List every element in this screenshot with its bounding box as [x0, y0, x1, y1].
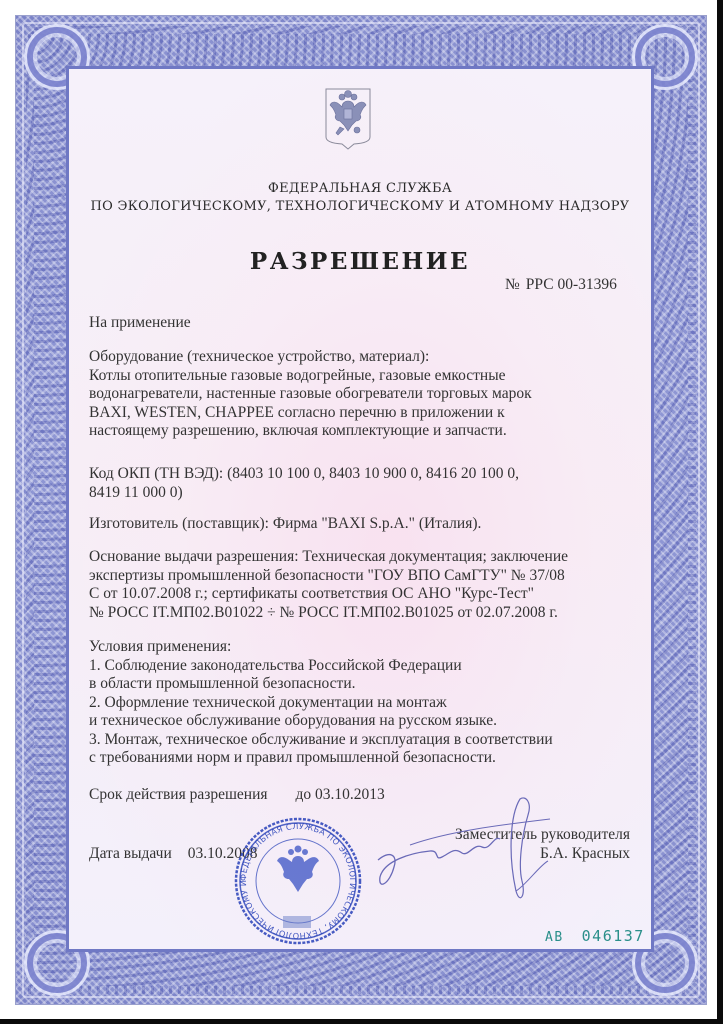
okp-code-section: Код ОКП (ТН ВЭД): (8403 10 100 0, 8403 1… — [89, 465, 519, 502]
serial-series: АВ — [545, 930, 564, 945]
basis-line: С от 10.07.2008 г.; сертификаты соответс… — [89, 585, 568, 604]
conditions-section: Условия применения: 1. Соблюдение законо… — [89, 638, 553, 768]
validity-label: Срок действия разрешения — [89, 786, 268, 803]
equipment-line: водонагреватели, настенные газовые обогр… — [89, 385, 532, 404]
agency-name-line1: ФЕДЕРАЛЬНАЯ СЛУЖБА — [69, 181, 651, 196]
conditions-label: Условия применения: — [89, 638, 553, 657]
basis-line: Основание выдачи разрешения: Техническая… — [89, 548, 568, 567]
purpose-label: На применение — [89, 314, 191, 333]
signature-icon — [370, 795, 560, 915]
manufacturer: Изготовитель (поставщик): Фирма "BAXI S.… — [89, 515, 481, 534]
equipment-line: настоящему разрешению, включая комплекту… — [89, 422, 532, 441]
condition-line: 2. Оформление технической документации н… — [89, 694, 553, 713]
scan-edge — [717, 0, 723, 1024]
condition-line: 3. Монтаж, техническое обслуживание и эк… — [89, 731, 553, 750]
basis-line: экспертизы промышленной безопасности "ГО… — [89, 567, 568, 586]
agency-name-line2: ПО ЭКОЛОГИЧЕСКОМУ, ТЕХНОЛОГИЧЕСКОМУ И АТ… — [69, 199, 651, 214]
official-seal-icon: ФЕДЕРАЛЬНАЯ СЛУЖБА ПО ЭКОЛОГИЧЕСКОМУ, ТЕ… — [233, 816, 363, 946]
serial-value: 046137 — [582, 927, 645, 945]
document-title: РАЗРЕШЕНИЕ — [69, 248, 651, 275]
validity-row: Срок действия разрешениядо 03.10.2013 — [89, 786, 385, 805]
condition-line: в области промышленной безопасности. — [89, 675, 553, 694]
basis-line: № РОСС IT.МП02.В01022 ÷ № РОСС IT.МП02.В… — [89, 604, 568, 623]
russian-coat-of-arms-icon — [324, 87, 372, 151]
condition-line: 1. Соблюдение законодательства Российско… — [89, 657, 553, 676]
serial-number: АВ046137 — [545, 927, 645, 945]
condition-line: с требованиями норм и правил промышленно… — [89, 749, 553, 768]
document-number: №РРС 00-31396 — [505, 276, 617, 294]
scan-edge — [0, 1019, 723, 1024]
number-sign: № — [505, 276, 520, 293]
condition-line: и техническое обслуживание оборудования … — [89, 712, 553, 731]
equipment-label: Оборудование (техническое устройство, ма… — [89, 348, 532, 367]
document-number-value: РРС 00-31396 — [526, 276, 617, 293]
equipment-section: Оборудование (техническое устройство, ма… — [89, 348, 532, 441]
okp-code-line: Код ОКП (ТН ВЭД): (8403 10 100 0, 8403 1… — [89, 465, 519, 484]
equipment-line: Котлы отопительные газовые водогрейные, … — [89, 367, 532, 386]
basis-section: Основание выдачи разрешения: Техническая… — [89, 548, 568, 622]
equipment-line: BAXI, WESTEN, CHAPPEE согласно перечню в… — [89, 404, 532, 423]
issue-date-label: Дата выдачи — [89, 845, 172, 862]
okp-code-line: 8419 11 000 0) — [89, 484, 519, 503]
